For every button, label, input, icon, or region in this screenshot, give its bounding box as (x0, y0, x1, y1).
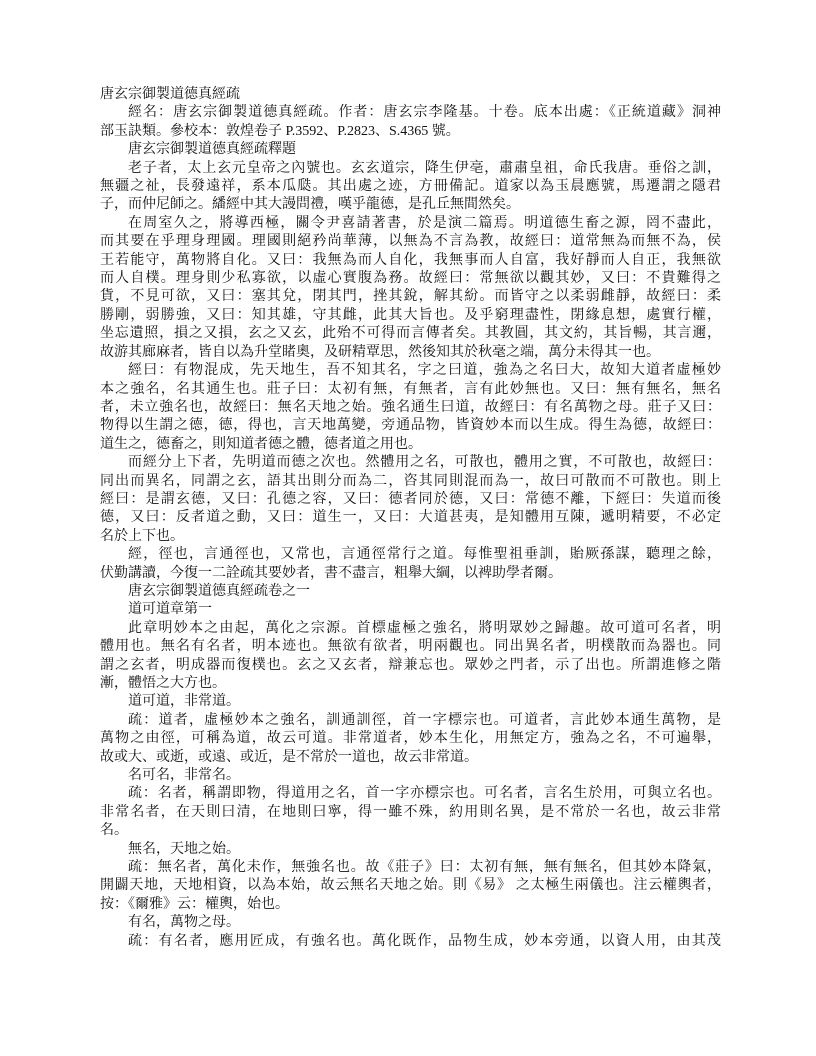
text-line: 貨，不見可欲，又曰：塞其兌，閉其門，挫其銳，解其紛。而皆守之以柔弱雌靜，故經曰：… (100, 288, 721, 306)
text-line: 此章明妙本之由起，萬化之宗源。首標虛極之強名，將明眾妙之歸趣。故可道可名者，明 (100, 620, 721, 638)
text-line: 道生之，德畜之，則知道者德之體，德者道之用也。 (100, 436, 721, 454)
text-line: 名可名，非常名。 (100, 767, 721, 785)
text-line: 而經分上下者，先明道而德之次也。然體用之名，可散也，體用之實，不可散也，故經曰： (100, 454, 721, 472)
text-line: 物得以生謂之德，德，得也，言天地萬變，旁通品物，皆資妙本而以生成。得生為德，故經… (100, 417, 721, 435)
text-line: 漸，體悟之大方也。 (100, 675, 721, 693)
text-line: 在周室久之，將導西極，關令尹喜請著書，於是演二篇焉。明道德生畜之源，罔不盡此， (100, 215, 721, 233)
text-line: 名於上下也。 (100, 528, 721, 546)
text-line: 有名，萬物之母。 (100, 914, 721, 932)
text-line: 非常名者，在天則曰清，在地則曰寧，得一雖不殊，約用則名異，是不常於一名也，故云非… (100, 804, 721, 822)
text-line: 經曰：有物混成，先天地生，吾不知其名，字之曰道，強為之名曰大，故知大道者虛極妙 (100, 362, 721, 380)
text-line: 無疆之祉，長發遠祥，系本瓜瓞。其出處之迹，方冊備記。道家以為玉晨應號，馬遷謂之隱… (100, 178, 721, 196)
text-line: 故或大、或逝，或遠、或近，是不常於一道也，故云非常道。 (100, 749, 721, 767)
text-line: 坐忘遺照，損之又損，玄之又玄，此殆不可得而言傳者矣。其教圓，其文約，其旨暢，其言… (100, 325, 721, 343)
text-line: 無名，天地之始。 (100, 841, 721, 859)
text-line: 唐玄宗御製道德真經疏釋題 (100, 141, 721, 159)
document-page: 唐玄宗御製道德真經疏經名：唐玄宗御製道德真經疏。作者：唐玄宗李隆基。十卷。底本出… (0, 0, 816, 1056)
text-line: 謂之玄者，明成器而復樸也。玄之又玄者，辯兼忘也。眾妙之門者，示了出也。所謂進修之… (100, 657, 721, 675)
text-line: 德，又曰：反者道之動，又曰：道生一，又曰：大道甚夷，是知體用互陳，遞明精要，不必… (100, 509, 721, 527)
text-line: 疏：無名者，萬化未作，無強名也。故《莊子》曰：太初有無，無有無名，但其妙本降氣， (100, 859, 721, 877)
text-line: 名。 (100, 822, 721, 840)
text-line: 經曰：是謂玄德，又曰：孔德之容，又曰：德者同於德，又曰：常德不離，下經曰：失道而… (100, 491, 721, 509)
text-line: 道可道，非常道。 (100, 693, 721, 711)
text-line: 萬物之由徑，可稱為道，故云可道。非常道者，妙本生化，用無定方，強為之名，不可遍舉… (100, 730, 721, 748)
text-line: 疏：道者，虛極妙本之強名，訓通訓徑，首一字標宗也。可道者，言此妙本通生萬物，是 (100, 712, 721, 730)
text-line: 故游其廊麻者，皆自以為升堂睹奧，及研精覃思，然後知其於秋毫之端，萬分未得其一也。 (100, 344, 721, 362)
text-line: 而其要在乎理身理國。理國則絕矜尚華薄，以無為不言為教，故經曰：道常無為而無不為，… (100, 233, 721, 251)
text-line: 王若能守，萬物將自化。又曰：我無為而人自化，我無事而人自富，我好靜而人自正，我無… (100, 252, 721, 270)
text-line: 疏：名者，稱謂即物，得道用之名，首一字亦標宗也。可名者，言名生於用，可與立名也。 (100, 785, 721, 803)
text-line: 經，徑也，言通徑也，又常也，言通徑常行之道。每惟聖祖垂訓，貽厥孫謀，聽理之餘， (100, 546, 721, 564)
text-line: 道可道章第一 (100, 601, 721, 619)
text-line: 經名：唐玄宗御製道德真經疏。作者：唐玄宗李隆基。十卷。底本出處：《正統道藏》洞神 (100, 104, 721, 122)
text-line: 體用也。無名有名者，明本迹也。無欲有欲者，明兩觀也。同出異名者，明樸散而為器也。… (100, 638, 721, 656)
text-line: 按：《爾雅》云：權輿，始也。 (100, 896, 721, 914)
text-line: 部玉訣類。參校本：敦煌卷子 P.3592、P.2823、S.4365 號。 (100, 123, 721, 141)
document-text-block: 唐玄宗御製道德真經疏經名：唐玄宗御製道德真經疏。作者：唐玄宗李隆基。十卷。底本出… (100, 86, 721, 951)
text-line: 勝剛，弱勝強，又曰：知其雄，守其雌，此其大旨也。及乎窮理盡性，閉緣息想，處實行權… (100, 307, 721, 325)
text-line: 唐玄宗御製道德真經疏卷之一 (100, 583, 721, 601)
text-line: 同出而異名，同謂之玄，語其出則分而為二，咨其同則混而為一，故曰可散而不可散也。則… (100, 473, 721, 491)
document-title: 唐玄宗御製道德真經疏 (100, 86, 721, 104)
text-line: 而人自樸。理身則少私寡欲，以虛心實腹為務。故經曰：常無欲以觀其妙，又曰：不貴難得… (100, 270, 721, 288)
text-line: 本之強名，名其通生也。莊子曰：太初有無，有無者，言有此妙無也。又曰：無有無名，無… (100, 381, 721, 399)
text-line: 伏勤講讀，今復一二詮疏其要妙者，書不盡言，粗舉大綱，以裨助學者爾。 (100, 565, 721, 583)
text-line: 疏：有名者，應用匠成，有強名也。萬化既作，品物生成，妙本旁通，以資人用，由其茂 (100, 933, 721, 951)
text-line: 者，未立強名也，故經曰：無名天地之始。強名通生曰道，故經曰：有名萬物之母。莊子又… (100, 399, 721, 417)
text-line: 子，而仲尼師之。繙經中其大謾問禮，嘆乎龍德，是孔丘無間然矣。 (100, 196, 721, 214)
text-line: 老子者，太上玄元皇帝之內號也。玄玄道宗，降生伊亳，肅肅皇祖，命氏我唐。垂俗之訓， (100, 160, 721, 178)
text-line: 開闢天地，天地相資，以為本始，故云無名天地之始。則《易》 之太極生兩儀也。注云權… (100, 877, 721, 895)
